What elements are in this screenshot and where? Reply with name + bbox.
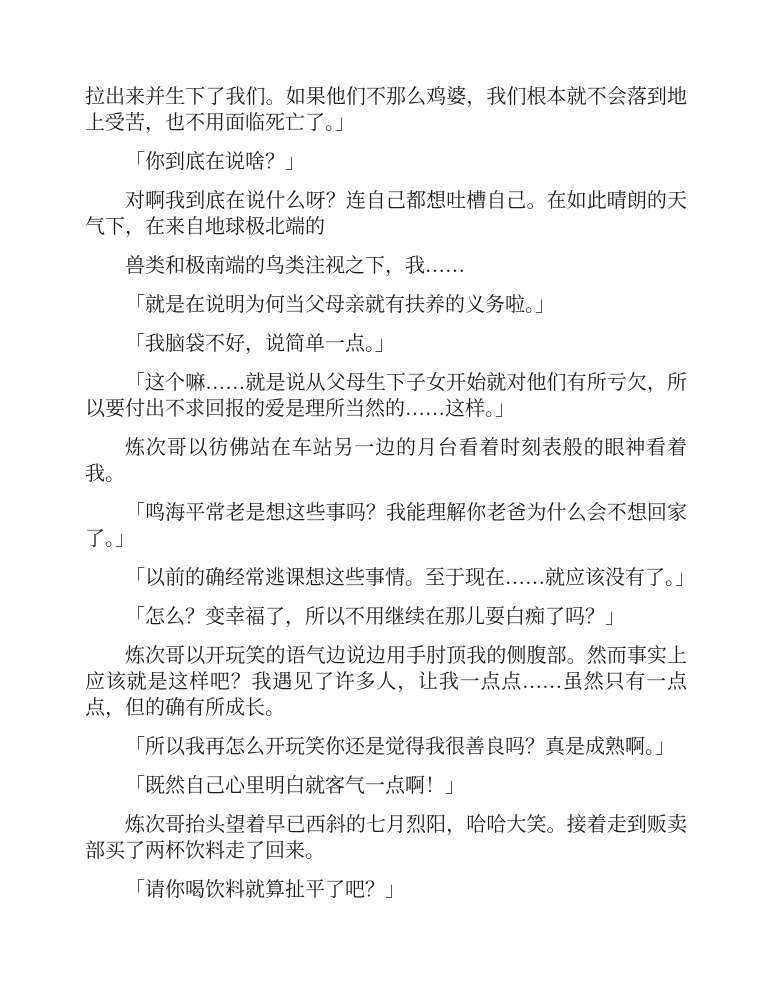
text-paragraph: 兽类和极南端的鸟类注视之下，我……	[85, 253, 687, 279]
text-paragraph: 炼次哥以开玩笑的语气边说边用手肘顶我的侧腹部。然而事实上应该就是这样吧？我遇见了…	[85, 643, 687, 721]
text-paragraph: 对啊我到底在说什么呀？连自己都想吐槽自己。在如此晴朗的天气下，在来自地球极北端的	[85, 188, 687, 240]
dialogue-paragraph: 「你到底在说啥？」	[85, 149, 687, 175]
dialogue-paragraph: 「就是在说明为何当父母亲就有扶养的义务啦。」	[85, 292, 687, 318]
text-paragraph: 炼次哥抬头望着早已西斜的七月烈阳，哈哈大笑。接着走到贩卖部买了两杯饮料走了回来。	[85, 812, 687, 864]
document-page: 拉出来并生下了我们。如果他们不那么鸡婆，我们根本就不会落到地上受苦，也不用面临死…	[0, 0, 765, 990]
dialogue-paragraph: 「以前的确经常逃课想这些事情。至于现在……就应该没有了。」	[85, 565, 687, 591]
dialogue-paragraph: 「鸣海平常老是想这些事吗？我能理解你老爸为什么会不想回家了。」	[85, 500, 687, 552]
dialogue-paragraph: 「我脑袋不好，说简单一点。」	[85, 331, 687, 357]
dialogue-paragraph: 「这个嘛……就是说从父母生下子女开始就对他们有所亏欠，所以要付出不求回报的爱是理…	[85, 370, 687, 422]
body-text: 拉出来并生下了我们。如果他们不那么鸡婆，我们根本就不会落到地上受苦，也不用面临死…	[85, 84, 687, 903]
dialogue-paragraph: 「所以我再怎么开玩笑你还是觉得我很善良吗？真是成熟啊。」	[85, 734, 687, 760]
text-paragraph: 拉出来并生下了我们。如果他们不那么鸡婆，我们根本就不会落到地上受苦，也不用面临死…	[85, 84, 687, 136]
dialogue-paragraph: 「怎么？变幸福了，所以不用继续在那儿耍白痴了吗？」	[85, 604, 687, 630]
text-paragraph: 炼次哥以彷佛站在车站另一边的月台看着时刻表般的眼神看着我。	[85, 435, 687, 487]
dialogue-paragraph: 「既然自己心里明白就客气一点啊！」	[85, 773, 687, 799]
dialogue-paragraph: 「请你喝饮料就算扯平了吧？」	[85, 877, 687, 903]
